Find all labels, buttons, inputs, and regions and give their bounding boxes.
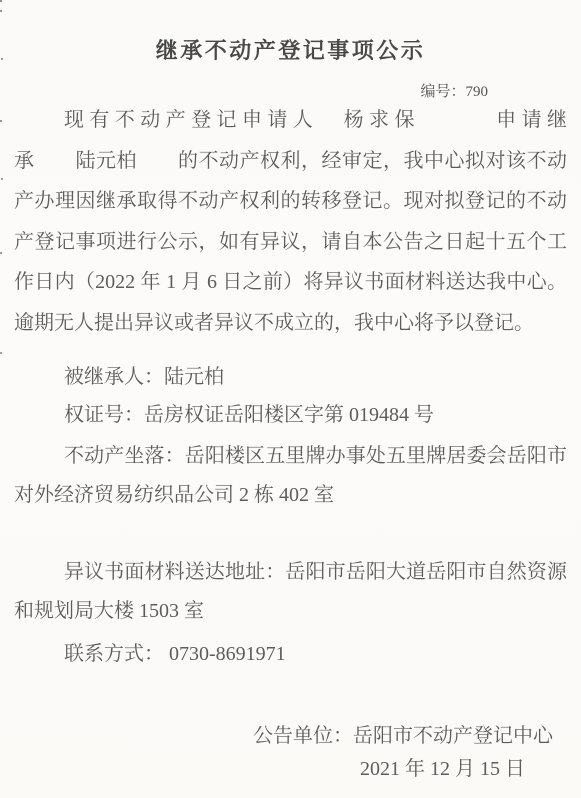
- body-line: 现有不动产登记申请人 杨求保 申请继: [14, 100, 567, 141]
- property-location-line-1: 不动产坐落：岳阳楼区五里牌办事处五里牌居委会岳阳市: [14, 436, 567, 476]
- issue-date-line: 2021 年 12 月 15 日: [14, 749, 525, 789]
- certificate-number-line: 权证号：岳房权证岳阳楼区字第 019484 号: [14, 395, 567, 435]
- body-line: 逾期无人提出异议或者异议不成立的，我中心将予以登记。: [14, 303, 567, 344]
- contact-line: 联系方式： 0730-8691971: [14, 634, 567, 674]
- body-line: 作日内（2022 年 1 月 6 日之前）将异议书面材料送达我中心。: [14, 262, 567, 303]
- document-title: 继承不动产登记事项公示: [0, 34, 581, 65]
- notice-body-paragraph: 现有不动产登记申请人 杨求保 申请继 承 陆元柏 的不动产权利，经审定，我中心拟…: [14, 100, 567, 343]
- notice-document-page: 继承不动产登记事项公示 编号：790 现有不动产登记申请人 杨求保 申请继 承 …: [0, 0, 581, 798]
- property-location-line-2: 对外经济贸易纺织品公司 2 栋 402 室: [14, 475, 567, 515]
- scan-edge-artifacts: [0, 0, 2, 2]
- decedent-line: 被继承人：陆元柏: [14, 357, 567, 397]
- objection-address-line-2: 和规划局大楼 1503 室: [14, 591, 567, 631]
- document-number: 编号：790: [0, 80, 488, 101]
- body-line: 产登记事项进行公示，如有异议，请自本公告之日起十五个工: [14, 222, 567, 263]
- body-line: 产办理因继承取得不动产权利的转移登记。现对拟登记的不动: [14, 181, 567, 222]
- objection-address-line-1: 异议书面材料送达地址：岳阳市岳阳大道岳阳市自然资源: [14, 552, 567, 592]
- body-line: 承 陆元柏 的不动产权利，经审定，我中心拟对该不动: [14, 141, 567, 182]
